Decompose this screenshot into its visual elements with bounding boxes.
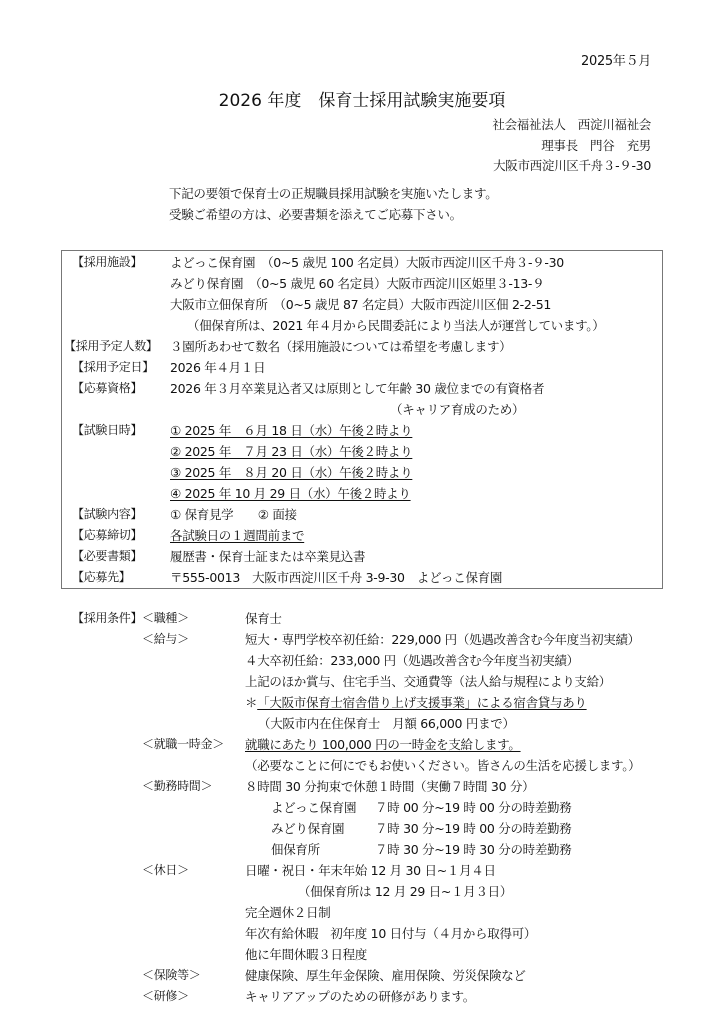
start-date-label: 【採用予定日】 bbox=[72, 358, 154, 375]
shift-name: 佃保育所 bbox=[271, 840, 320, 858]
exam-content-label: 【試験内容】 bbox=[72, 505, 142, 522]
apply-address: 〒555-0013 大阪市西淀川区千舟 3-9-30 よどっこ保育園 bbox=[170, 568, 502, 586]
holiday-line: 年次有給休暇 初年度 10 日付与（４月から取得可） bbox=[245, 924, 536, 942]
facility-item: よどっこ保育園 （0~5 歳児 100 名定員）大阪市西淀川区千舟３-９-30 bbox=[170, 253, 564, 271]
job-value: 保育士 bbox=[245, 609, 282, 627]
holiday-line: 完全週休２日制 bbox=[245, 903, 330, 921]
shift-time: ７時 30 分~19 時 00 分の時差勤務 bbox=[375, 819, 571, 837]
insurance-value: 健康保険、厚生年金保険、雇用保険、労災保険など bbox=[245, 966, 526, 984]
start-date-value: 2026 年４月１日 bbox=[170, 358, 265, 376]
insurance-label: ＜保険等＞ bbox=[142, 966, 201, 983]
bonus-note: （必要なことに何にでもお使いください。皆さんの生活を応援します。） bbox=[245, 756, 640, 774]
training-label: ＜研修＞ bbox=[142, 987, 189, 1004]
facility-note: （佃保育所は、2021 年４月から民間委託により当法人が運営しています。） bbox=[187, 316, 604, 334]
facility-item: 大阪市立佃保育所 （0~5 歳児 87 名定員）大阪市西淀川区佃 2-2-51 bbox=[170, 295, 551, 313]
qualification-note: （キャリア育成のため） bbox=[390, 400, 524, 418]
facilities-label: 【採用施設】 bbox=[72, 253, 142, 270]
housing-prefix: ＊ bbox=[245, 695, 257, 710]
holiday-label: ＜休日＞ bbox=[142, 861, 189, 878]
intro-line: 受験ご希望の方は、必要書類を添えてご応募下さい。 bbox=[169, 204, 497, 225]
conditions-label: 【採用条件】 bbox=[72, 609, 142, 626]
training-value: キャリアアップのための研修があります。 bbox=[245, 987, 475, 1005]
organization-block: 社会福祉法人 西淀川福祉会 理事長 門谷 充男 大阪市西淀川区千舟３-９-30 bbox=[492, 115, 651, 177]
housing-support: ＊「大阪市保育士宿舎借り上げ支援事業」による宿舎貸与あり bbox=[245, 693, 587, 711]
salary-line: ４大卒初任給：233,000 円（処遇改善含む今年度当初実績） bbox=[245, 651, 579, 669]
exam-content-value: ① 保育見学 ② 面接 bbox=[170, 505, 297, 523]
headcount-value: ３園所あわせて数名（採用施設については希望を考慮します） bbox=[170, 337, 511, 355]
document-date: 2025年５月 bbox=[581, 50, 651, 69]
intro-line: 下記の要領で保育士の正規職員採用試験を実施いたします。 bbox=[169, 183, 497, 204]
bonus-value: 就職にあたり 100,000 円の一時金を支給します。 bbox=[245, 735, 521, 753]
exam-dates-label: 【試験日時】 bbox=[72, 421, 142, 438]
salary-label: ＜給与＞ bbox=[142, 630, 189, 647]
qualification-value: 2026 年３月卒業見込者又は原則として年齢 30 歳位までの有資格者 bbox=[170, 379, 544, 397]
org-name: 社会福祉法人 西淀川福祉会 bbox=[492, 115, 651, 136]
exam-date-item: ④ 2025 年 10 月 29 日（水）午後２時より bbox=[170, 484, 411, 502]
shift-name: よどっこ保育園 bbox=[271, 798, 356, 816]
facility-item: みどり保育園 （0~5 歳児 60 名定員）大阪市西淀川区姫里３-13-９ bbox=[170, 274, 544, 292]
housing-note: （大阪市内在住保育士 月額 66,000 円まで） bbox=[258, 714, 515, 732]
headcount-label: 【採用予定人数】 bbox=[64, 337, 158, 354]
org-address: 大阪市西淀川区千舟３-９-30 bbox=[492, 156, 651, 177]
holiday-line: 日曜・祝日・年末年始 12 月 30 日~１月４日 bbox=[245, 861, 496, 879]
documents-label: 【必要書類】 bbox=[72, 547, 142, 564]
documents-value: 履歴書・保育士証または卒業見込書 bbox=[170, 547, 365, 565]
shift-name: みどり保育園 bbox=[271, 819, 344, 837]
document-title: 2026 年度 保育士採用試験実施要項 bbox=[0, 86, 724, 111]
exam-date-item: ③ 2025 年 ８月 20 日（水）午後２時より bbox=[170, 463, 412, 481]
deadline-label: 【応募締切】 bbox=[72, 526, 142, 543]
bonus-label: ＜就職一時金＞ bbox=[142, 735, 224, 752]
org-chairman: 理事長 門谷 充男 bbox=[492, 136, 651, 157]
shift-time: ７時 00 分~19 時 00 分の時差勤務 bbox=[375, 798, 571, 816]
exam-date-item: ② 2025 年 ７月 23 日（水）午後２時より bbox=[170, 442, 412, 460]
job-label: ＜職種＞ bbox=[142, 609, 189, 626]
salary-line: 上記のほか賞与、住宅手当、交通費等（法人給与規程により支給） bbox=[245, 672, 611, 690]
deadline-value: 各試験日の１週間前まで bbox=[170, 526, 304, 544]
intro-text: 下記の要領で保育士の正規職員採用試験を実施いたします。 受験ご希望の方は、必要書… bbox=[169, 183, 497, 225]
exam-date-item: ① 2025 年 ６月 18 日（水）午後２時より bbox=[170, 421, 412, 439]
qualification-label: 【応募資格】 bbox=[72, 379, 142, 396]
salary-line: 短大・専門学校卒初任給：229,000 円（処遇改善含む今年度当初実績） bbox=[245, 630, 640, 648]
hours-label: ＜勤務時間＞ bbox=[142, 777, 212, 794]
housing-text: 「大阪市保育士宿舎借り上げ支援事業」による宿舎貸与あり bbox=[257, 695, 586, 710]
shift-time: ７時 30 分~19 時 30 分の時差勤務 bbox=[375, 840, 571, 858]
holiday-line: 他に年間休暇３日程度 bbox=[245, 945, 367, 963]
apply-label: 【応募先】 bbox=[72, 568, 131, 585]
holiday-line: （佃保育所は 12 月 29 日~１月３日） bbox=[298, 882, 512, 900]
hours-value: ８時間 30 分拘束で休憩１時間（実働７時間 30 分） bbox=[245, 777, 534, 795]
